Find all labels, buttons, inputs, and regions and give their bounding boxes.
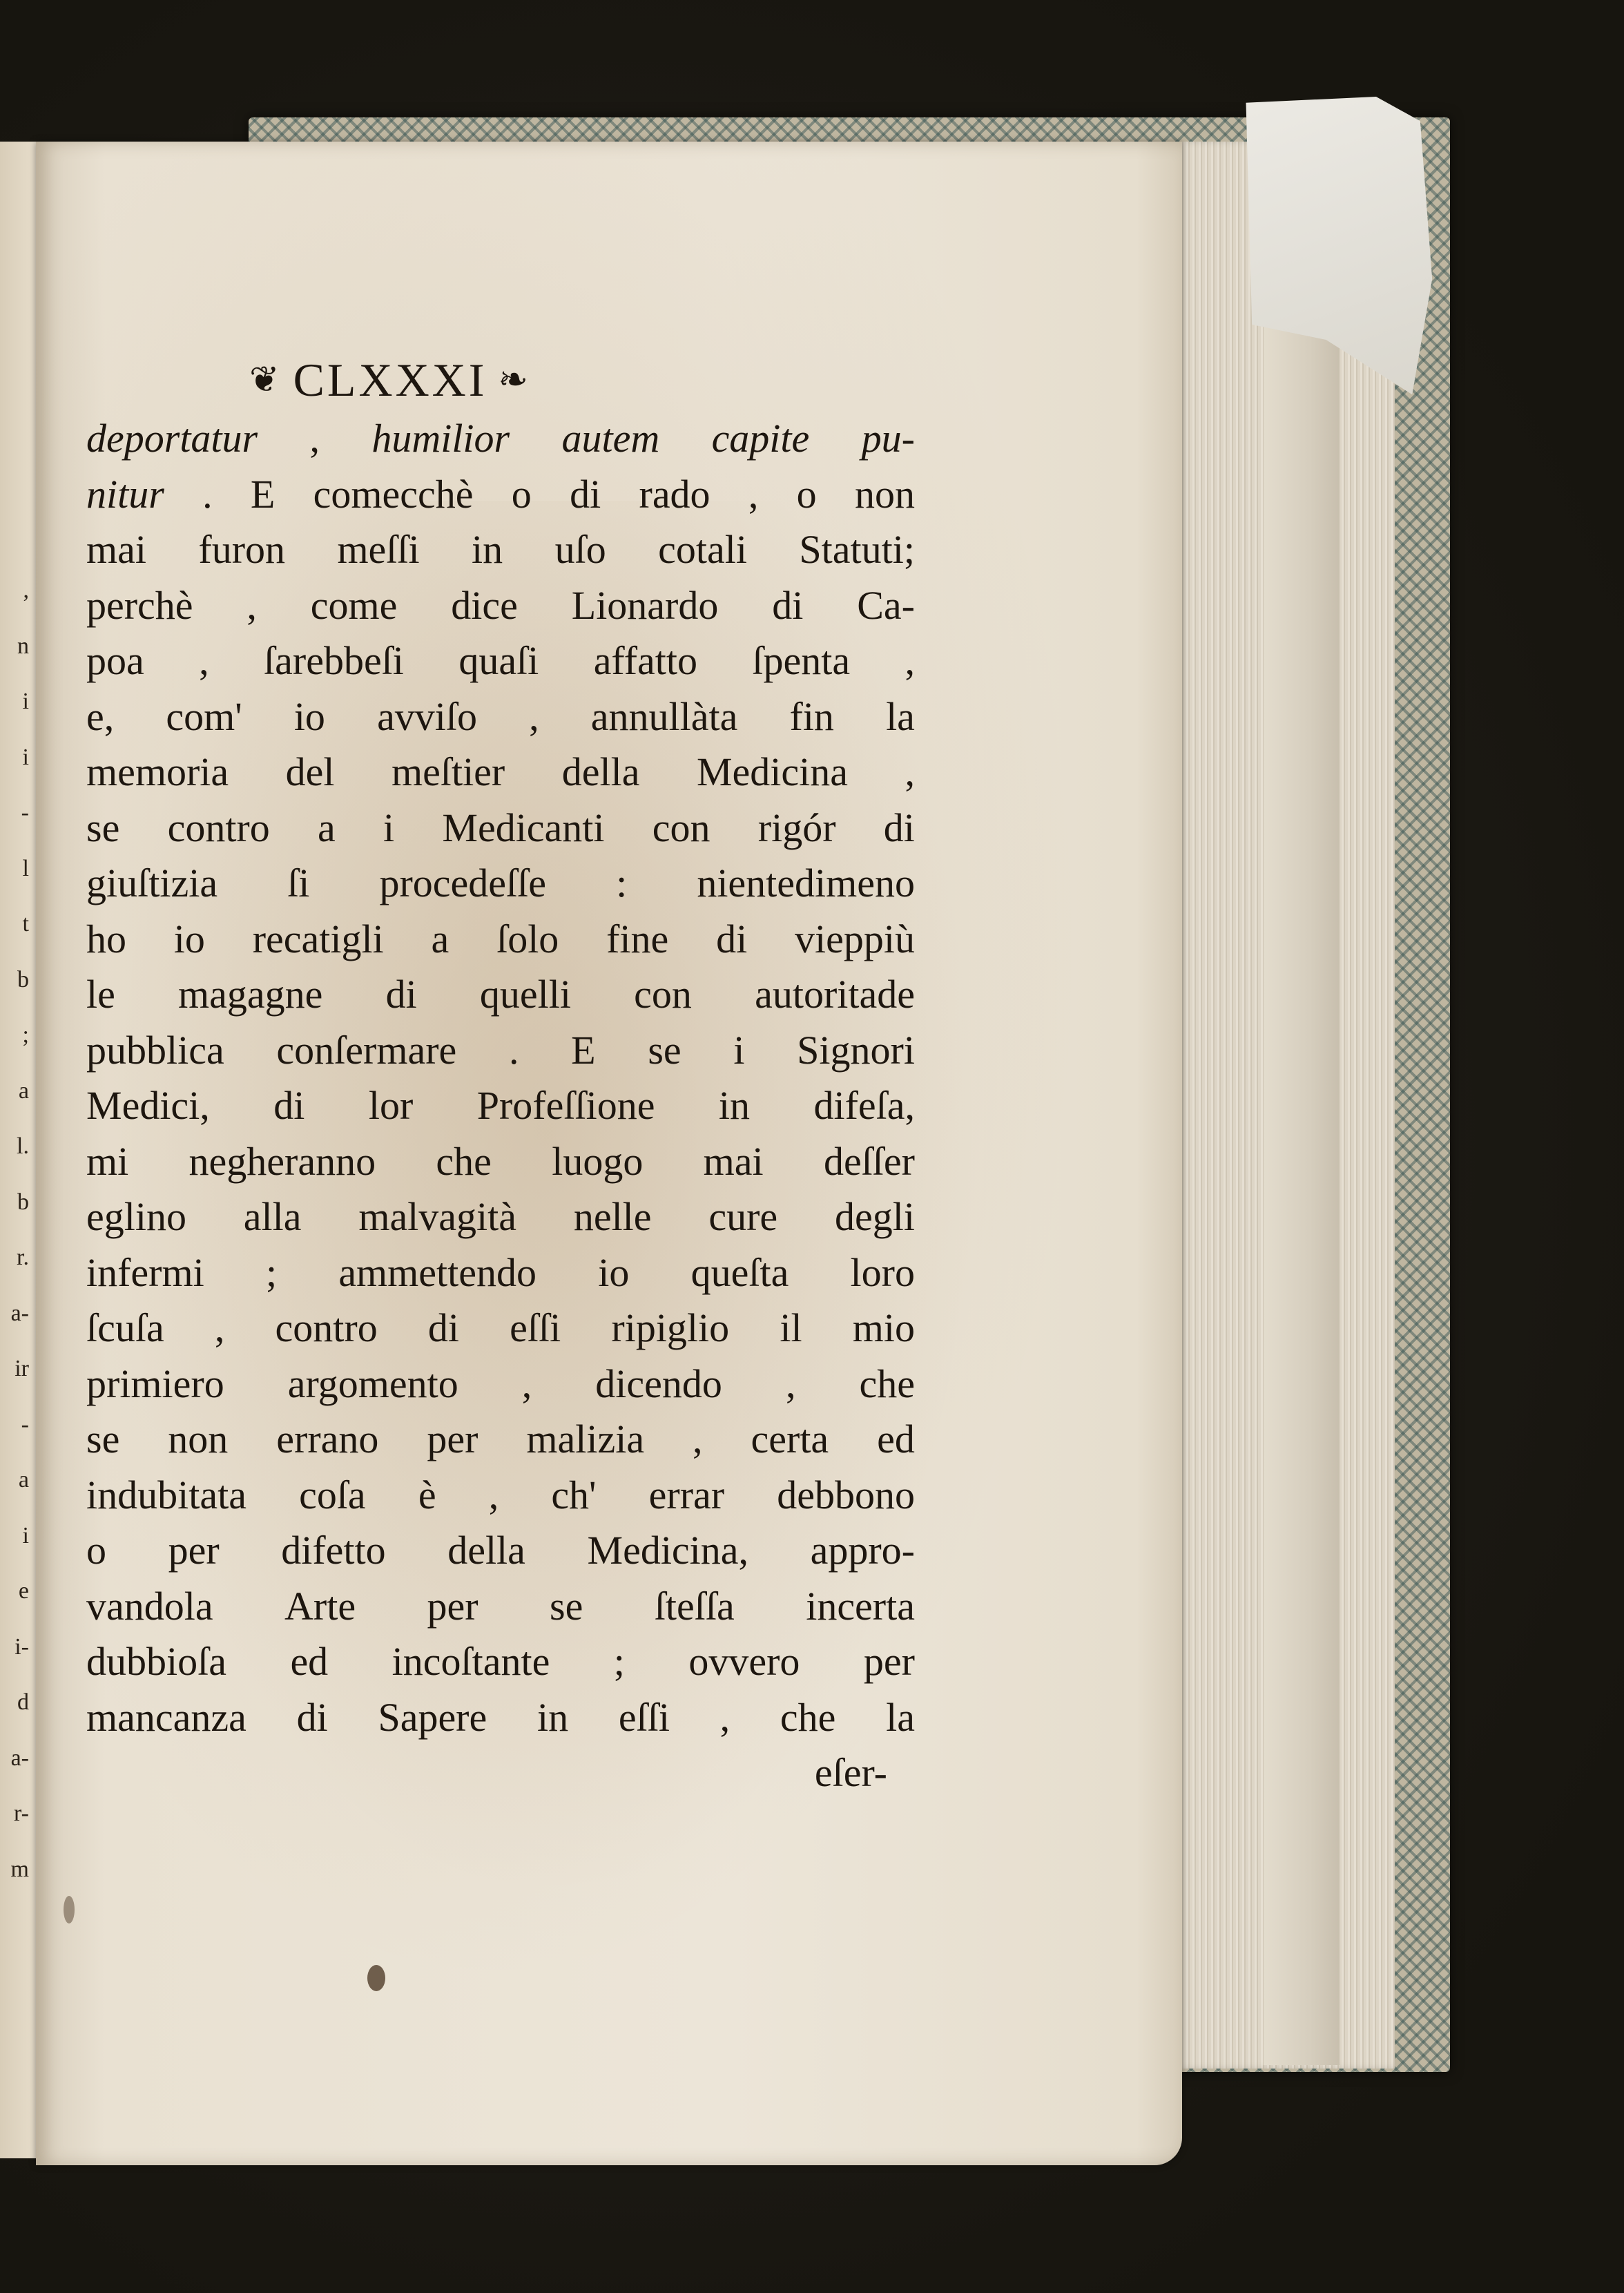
word: Arte	[284, 1579, 356, 1635]
word: ,	[246, 578, 257, 634]
page-number: CLXXXI	[293, 353, 487, 407]
word: appro-	[811, 1523, 915, 1579]
bleed-char: ,	[1, 563, 29, 619]
word: uſo	[555, 522, 606, 578]
word: Profeſſione	[477, 1078, 655, 1134]
bleed-char: b	[1, 952, 29, 1008]
word: le	[86, 967, 115, 1023]
bleed-char: e	[1, 1564, 29, 1620]
word: quelli	[480, 967, 571, 1023]
bleed-char: i-	[1, 1620, 29, 1676]
word: per	[864, 1634, 915, 1690]
word: ho	[86, 912, 126, 968]
word: ;	[614, 1634, 625, 1690]
word: Medicina,	[588, 1523, 749, 1579]
text-line: pubblicaconſermare.EseiSignori	[86, 1023, 915, 1079]
fleuron-left-icon: ❦	[249, 359, 282, 401]
word: vandola	[86, 1579, 213, 1635]
italic-word: autem	[561, 411, 659, 467]
word: ;	[266, 1245, 277, 1301]
word: ſpenta	[752, 633, 850, 689]
word: ovvero	[688, 1634, 800, 1690]
word: ,	[215, 1301, 225, 1356]
word: Sapere	[378, 1690, 487, 1746]
text-line: lemagagnediquelliconautoritade	[86, 967, 915, 1023]
word: di	[386, 967, 417, 1023]
word: Signori	[797, 1023, 915, 1079]
word: ſteſſa	[655, 1579, 735, 1635]
word: poa	[86, 633, 144, 689]
word: procedeſſe	[379, 856, 546, 912]
word: ammettendo	[338, 1245, 536, 1301]
word: ,	[309, 411, 320, 467]
word: fin	[790, 689, 834, 745]
bleed-char: r.	[1, 1230, 29, 1286]
word: nientedimeno	[697, 856, 915, 912]
italic-word: deportatur	[86, 411, 258, 467]
word: mi	[86, 1134, 128, 1190]
word: E	[251, 467, 275, 523]
word: autoritade	[755, 967, 915, 1023]
word: argomento	[288, 1356, 458, 1412]
word: in	[537, 1690, 568, 1746]
word: per	[427, 1579, 478, 1635]
word: luogo	[552, 1134, 643, 1190]
word: ,	[529, 689, 539, 745]
word: che	[859, 1356, 915, 1412]
word: ,	[693, 1412, 703, 1468]
word: ch'	[551, 1468, 596, 1524]
bleed-char: n	[1, 619, 29, 675]
word: o	[86, 1523, 106, 1579]
word: infermi	[86, 1245, 204, 1301]
word: ripiglio	[611, 1301, 729, 1356]
word: non	[855, 467, 915, 523]
body-text: deportatur,humiliorautemcapitepu-nitur.E…	[86, 411, 915, 1745]
bleed-char: a	[1, 1064, 29, 1120]
word: io	[598, 1245, 629, 1301]
word: ,	[905, 633, 915, 689]
word: con	[652, 800, 710, 856]
word: Medicanti	[442, 800, 604, 856]
text-line: deportatur,humiliorautemcapitepu-	[86, 411, 915, 467]
word: errano	[276, 1412, 378, 1468]
word: ,	[522, 1356, 532, 1412]
page-header: ❦ CLXXXI ❧	[0, 349, 915, 411]
text-line: secontroaiMedicanticonrigórdi	[86, 800, 915, 856]
bleed-char: i	[1, 674, 29, 730]
word: i	[733, 1023, 744, 1079]
italic-word: humilior	[371, 411, 510, 467]
word: rigór	[758, 800, 836, 856]
word: debbono	[777, 1468, 915, 1524]
word: annullàta	[591, 689, 738, 745]
word: deſſer	[824, 1134, 915, 1190]
bleed-char: a-	[1, 1286, 29, 1342]
word: affatto	[594, 633, 697, 689]
word: del	[286, 745, 335, 800]
word: eſſi	[510, 1301, 561, 1356]
word: conſermare	[276, 1023, 456, 1079]
word: quaſi	[458, 633, 539, 689]
word: mancanza	[86, 1690, 246, 1746]
text-line: memoriadelmeſtierdellaMedicina,	[86, 745, 915, 800]
word: cure	[708, 1189, 777, 1245]
word: ſcuſa	[86, 1301, 164, 1356]
word: Medicina	[697, 745, 848, 800]
page-text-block: ❦ CLXXXI ❧ deportatur,humiliorautemcapit…	[86, 349, 915, 1796]
facing-left-page-edge: ,nii-ltb;al.br.a-ir-aiei-da-r-m	[0, 142, 37, 2158]
word: incerta	[806, 1579, 915, 1635]
bleed-char: d	[1, 1675, 29, 1731]
word: ,	[905, 745, 915, 800]
italic-word: pu-	[862, 411, 915, 467]
word: Medici,	[86, 1078, 210, 1134]
word: malvagità	[358, 1189, 516, 1245]
word: incoſtante	[392, 1634, 550, 1690]
word: errar	[649, 1468, 724, 1524]
word: se	[86, 800, 119, 856]
word: a	[432, 912, 449, 968]
word: di	[297, 1690, 328, 1746]
word: comecchè	[313, 467, 474, 523]
text-line: e,com'ioavviſo,annullàtafinla	[86, 689, 915, 745]
word: ſolo	[496, 912, 559, 968]
text-line: mancanzadiSapereineſſi,chela	[86, 1690, 915, 1746]
word: i	[383, 800, 394, 856]
ink-spot	[64, 1896, 75, 1923]
bleed-char: -	[1, 1397, 29, 1453]
word: che	[436, 1134, 492, 1190]
word: della	[562, 745, 640, 800]
text-line: senonerranopermalizia,certaed	[86, 1412, 915, 1468]
word: recatigli	[253, 912, 384, 968]
text-line: hoiorecatigliaſolofinedivieppiù	[86, 912, 915, 968]
text-line: indubitatacoſaè,ch'errardebbono	[86, 1468, 915, 1524]
word: di	[570, 467, 601, 523]
word: primiero	[86, 1356, 224, 1412]
word: certa	[751, 1412, 829, 1468]
italic-word: capite	[712, 411, 810, 467]
word: fine	[606, 912, 668, 968]
word: ,	[720, 1690, 731, 1746]
word: della	[447, 1523, 525, 1579]
word: ſi	[287, 856, 309, 912]
word: perchè	[86, 578, 193, 634]
word: dubbioſa	[86, 1634, 226, 1690]
word: E	[571, 1023, 595, 1079]
word: in	[472, 522, 503, 578]
word: indubitata	[86, 1468, 246, 1524]
word: ,	[199, 633, 209, 689]
word: ed	[877, 1412, 915, 1468]
left-page-text-fragments: ,nii-ltb;al.br.a-ir-aiei-da-r-m	[1, 563, 29, 1897]
word: il	[780, 1301, 802, 1356]
word: eſſi	[619, 1690, 670, 1746]
word: contro	[275, 1301, 378, 1356]
word: malizia	[526, 1412, 644, 1468]
word: la	[886, 1690, 915, 1746]
text-line: Medici,dilorProfeſſioneindifeſa,	[86, 1078, 915, 1134]
word: dicendo	[595, 1356, 722, 1412]
word: in	[719, 1078, 750, 1134]
text-line: giuſtiziaſiprocedeſſe:nientedimeno	[86, 856, 915, 912]
word: ed	[290, 1634, 328, 1690]
word: Lionardo	[572, 578, 719, 634]
word: coſa	[299, 1468, 366, 1524]
word: di	[772, 578, 803, 634]
word: è	[418, 1468, 436, 1524]
word: degli	[835, 1189, 915, 1245]
fleuron-right-icon: ❧	[498, 359, 531, 401]
word: nelle	[574, 1189, 652, 1245]
text-line: ſcuſa,controdieſſiripiglioilmio	[86, 1301, 915, 1356]
word: pubblica	[86, 1023, 224, 1079]
bleed-char: l	[1, 841, 29, 897]
word: mai	[86, 522, 146, 578]
word: alla	[244, 1189, 302, 1245]
word: mio	[853, 1301, 915, 1356]
text-line: infermi;ammettendoioqueſtaloro	[86, 1245, 915, 1301]
word: loro	[851, 1245, 915, 1301]
word: come	[311, 578, 398, 634]
word: per	[168, 1523, 220, 1579]
word: rado	[639, 467, 710, 523]
word: dice	[451, 578, 518, 634]
bleed-char: i	[1, 1508, 29, 1564]
word: io	[294, 689, 325, 745]
word: mai	[704, 1134, 764, 1190]
word: che	[780, 1690, 836, 1746]
word: se	[86, 1412, 119, 1468]
page-edges-inner	[1264, 152, 1340, 2065]
word: di	[273, 1078, 304, 1134]
word: o	[797, 467, 817, 523]
word: Statuti;	[799, 522, 915, 578]
word: furon	[198, 522, 285, 578]
word: .	[509, 1023, 519, 1079]
text-line: poa,ſarebbeſiquaſiaffattoſpenta,	[86, 633, 915, 689]
bleed-char: ir	[1, 1341, 29, 1397]
word: avviſo	[377, 689, 477, 745]
word: ,	[786, 1356, 796, 1412]
word: difetto	[281, 1523, 385, 1579]
catchword: eſer-	[86, 1749, 915, 1796]
bleed-char: -	[1, 785, 29, 841]
word: con	[634, 967, 692, 1023]
word: di	[428, 1301, 459, 1356]
word: io	[174, 912, 205, 968]
bleed-char: i	[1, 730, 29, 786]
word: per	[427, 1412, 478, 1468]
word: magagne	[178, 967, 322, 1023]
word: e,	[86, 689, 114, 745]
text-line: maifuronmeſſiinuſocotaliStatuti;	[86, 522, 915, 578]
text-line: minegherannocheluogomaideſſer	[86, 1134, 915, 1190]
word: :	[616, 856, 627, 912]
word: se	[648, 1023, 681, 1079]
italic-word: nitur	[86, 467, 164, 523]
bleed-char: ;	[1, 1008, 29, 1064]
word: contro	[168, 800, 270, 856]
word: lor	[369, 1078, 413, 1134]
word: vieppiù	[795, 912, 915, 968]
text-line: eglinoallamalvagitànellecuredegli	[86, 1189, 915, 1245]
word: non	[168, 1412, 228, 1468]
word: o	[512, 467, 532, 523]
bleed-char: m	[1, 1842, 29, 1898]
bleed-char: a	[1, 1452, 29, 1508]
word: meſtier	[391, 745, 505, 800]
word: eglino	[86, 1189, 186, 1245]
text-line: nitur.Ecomecchèodirado,onon	[86, 467, 915, 523]
word: di	[716, 912, 747, 968]
word: com'	[166, 689, 242, 745]
word: difeſa,	[813, 1078, 915, 1134]
word: memoria	[86, 745, 229, 800]
text-line: operdifettodellaMedicina,appro-	[86, 1523, 915, 1579]
word: Ca-	[857, 578, 915, 634]
word: se	[550, 1579, 583, 1635]
word: ,	[489, 1468, 499, 1524]
word: di	[884, 800, 915, 856]
bleed-char: a-	[1, 1731, 29, 1787]
word: queſta	[691, 1245, 789, 1301]
word: a	[318, 800, 336, 856]
bleed-char: r-	[1, 1786, 29, 1842]
word: ,	[748, 467, 759, 523]
word: negheranno	[189, 1134, 376, 1190]
ink-spot	[367, 1965, 385, 1991]
word: la	[886, 689, 915, 745]
text-line: vandolaArteperseſteſſaincerta	[86, 1579, 915, 1635]
text-line: dubbioſaedincoſtante;ovveroper	[86, 1634, 915, 1690]
word: giuſtizia	[86, 856, 217, 912]
text-line: perchè,comediceLionardodiCa-	[86, 578, 915, 634]
bleed-char: b	[1, 1175, 29, 1231]
word: meſſi	[337, 522, 419, 578]
text-line: primieroargomento,dicendo,che	[86, 1356, 915, 1412]
word: ſarebbeſi	[264, 633, 404, 689]
bleed-char: t	[1, 896, 29, 952]
word: .	[202, 467, 213, 523]
word: cotali	[658, 522, 747, 578]
bleed-char: l.	[1, 1119, 29, 1175]
